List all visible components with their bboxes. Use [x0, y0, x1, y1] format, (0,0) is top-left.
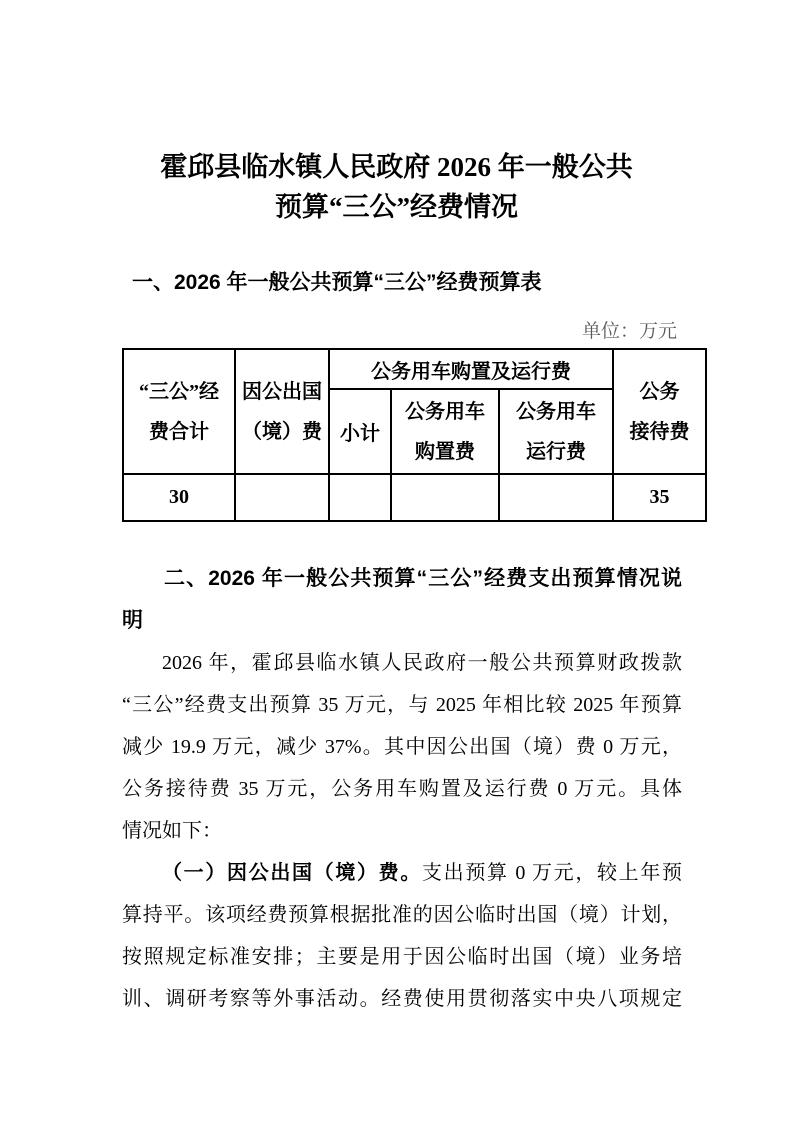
th-sangong-total-line1: “三公”经: [124, 372, 234, 412]
paragraph-line: 减少 19.9 万元，减少 37%。其中因公出国（境）费 0 万元，: [122, 726, 682, 768]
paragraph-2-bold-lead: （一）因公出国（境）费。: [162, 862, 422, 884]
th-abroad-fee-line1: 因公出国: [236, 372, 328, 412]
paragraph-2-line1-rest: 支出预算 0 万元，较上年预: [422, 862, 682, 884]
th-sangong-total: “三公”经 费合计: [123, 349, 235, 474]
th-vehicle-operation: 公务用车 运行费: [499, 389, 613, 474]
title-line-1: 霍邱县临水镇人民政府 2026 年一般公共: [0, 147, 793, 187]
paragraph-line: 算持平。该项经费预算根据批准的因公临时出国（境）计划，: [122, 894, 682, 936]
th-vehicle-purchase-line1: 公务用车: [392, 392, 498, 432]
cell-reception-value: 35: [613, 474, 706, 521]
paragraph-line: 情况如下：: [122, 810, 682, 852]
th-vehicle-purchase-line2: 购置费: [392, 432, 498, 472]
th-abroad-fee: 因公出国 （境）费: [235, 349, 329, 474]
paragraph-line: 训、调研考察等外事活动。经费使用贯彻落实中央八项规定: [122, 978, 682, 1020]
cell-operation-value: [499, 474, 613, 521]
cell-abroad-value: [235, 474, 329, 521]
section2-heading-line1: 二、2026 年一般公共预算“三公”经费支出预算情况说: [122, 558, 682, 600]
th-reception-fee-line1: 公务: [614, 372, 705, 412]
table-row: 30 35: [123, 474, 706, 521]
paragraph-line: （一）因公出国（境）费。支出预算 0 万元，较上年预: [122, 852, 682, 894]
section2-body: 二、2026 年一般公共预算“三公”经费支出预算情况说 明 2026 年，霍邱县…: [122, 558, 682, 1020]
cell-total-value: 30: [123, 474, 235, 521]
title-line-2: 预算“三公”经费情况: [0, 187, 793, 227]
th-reception-fee-line2: 接待费: [614, 412, 705, 452]
unit-label: 单位：万元: [122, 316, 677, 343]
paragraph-2: （一）因公出国（境）费。支出预算 0 万元，较上年预 算持平。该项经费预算根据批…: [122, 852, 682, 1020]
paragraph-line: “三公”经费支出预算 35 万元，与 2025 年相比较 2025 年预算: [122, 684, 682, 726]
th-sangong-total-line2: 费合计: [124, 412, 234, 452]
th-vehicle-subtotal: 小计: [329, 389, 391, 474]
section1-heading: 一、2026 年一般公共预算“三公”经费预算表: [132, 269, 692, 297]
paragraph-line: 按照规定标准安排；主要是用于因公临时出国（境）业务培: [122, 936, 682, 978]
paragraph-1: 2026 年，霍邱县临水镇人民政府一般公共预算财政拨款 “三公”经费支出预算 3…: [122, 642, 682, 852]
th-abroad-fee-line2: （境）费: [236, 412, 328, 452]
paragraph-line: 2026 年，霍邱县临水镇人民政府一般公共预算财政拨款: [122, 642, 682, 684]
cell-subtotal-value: [329, 474, 391, 521]
cell-purchase-value: [391, 474, 499, 521]
th-reception-fee: 公务 接待费: [613, 349, 706, 474]
document-page: 霍邱县临水镇人民政府 2026 年一般公共 预算“三公”经费情况 一、2026 …: [0, 0, 793, 1122]
document-title: 霍邱县临水镇人民政府 2026 年一般公共 预算“三公”经费情况: [0, 147, 793, 227]
section2-heading-line2: 明: [122, 600, 682, 642]
th-vehicle-operation-line1: 公务用车: [500, 392, 612, 432]
th-vehicle-purchase: 公务用车 购置费: [391, 389, 499, 474]
budget-table: “三公”经 费合计 因公出国 （境）费 公务用车购置及运行费 公务 接待费 小计…: [122, 348, 707, 522]
th-vehicle-operation-line2: 运行费: [500, 432, 612, 472]
paragraph-line: 公务接待费 35 万元，公务用车购置及运行费 0 万元。具体: [122, 768, 682, 810]
th-vehicle-group: 公务用车购置及运行费: [329, 349, 613, 389]
